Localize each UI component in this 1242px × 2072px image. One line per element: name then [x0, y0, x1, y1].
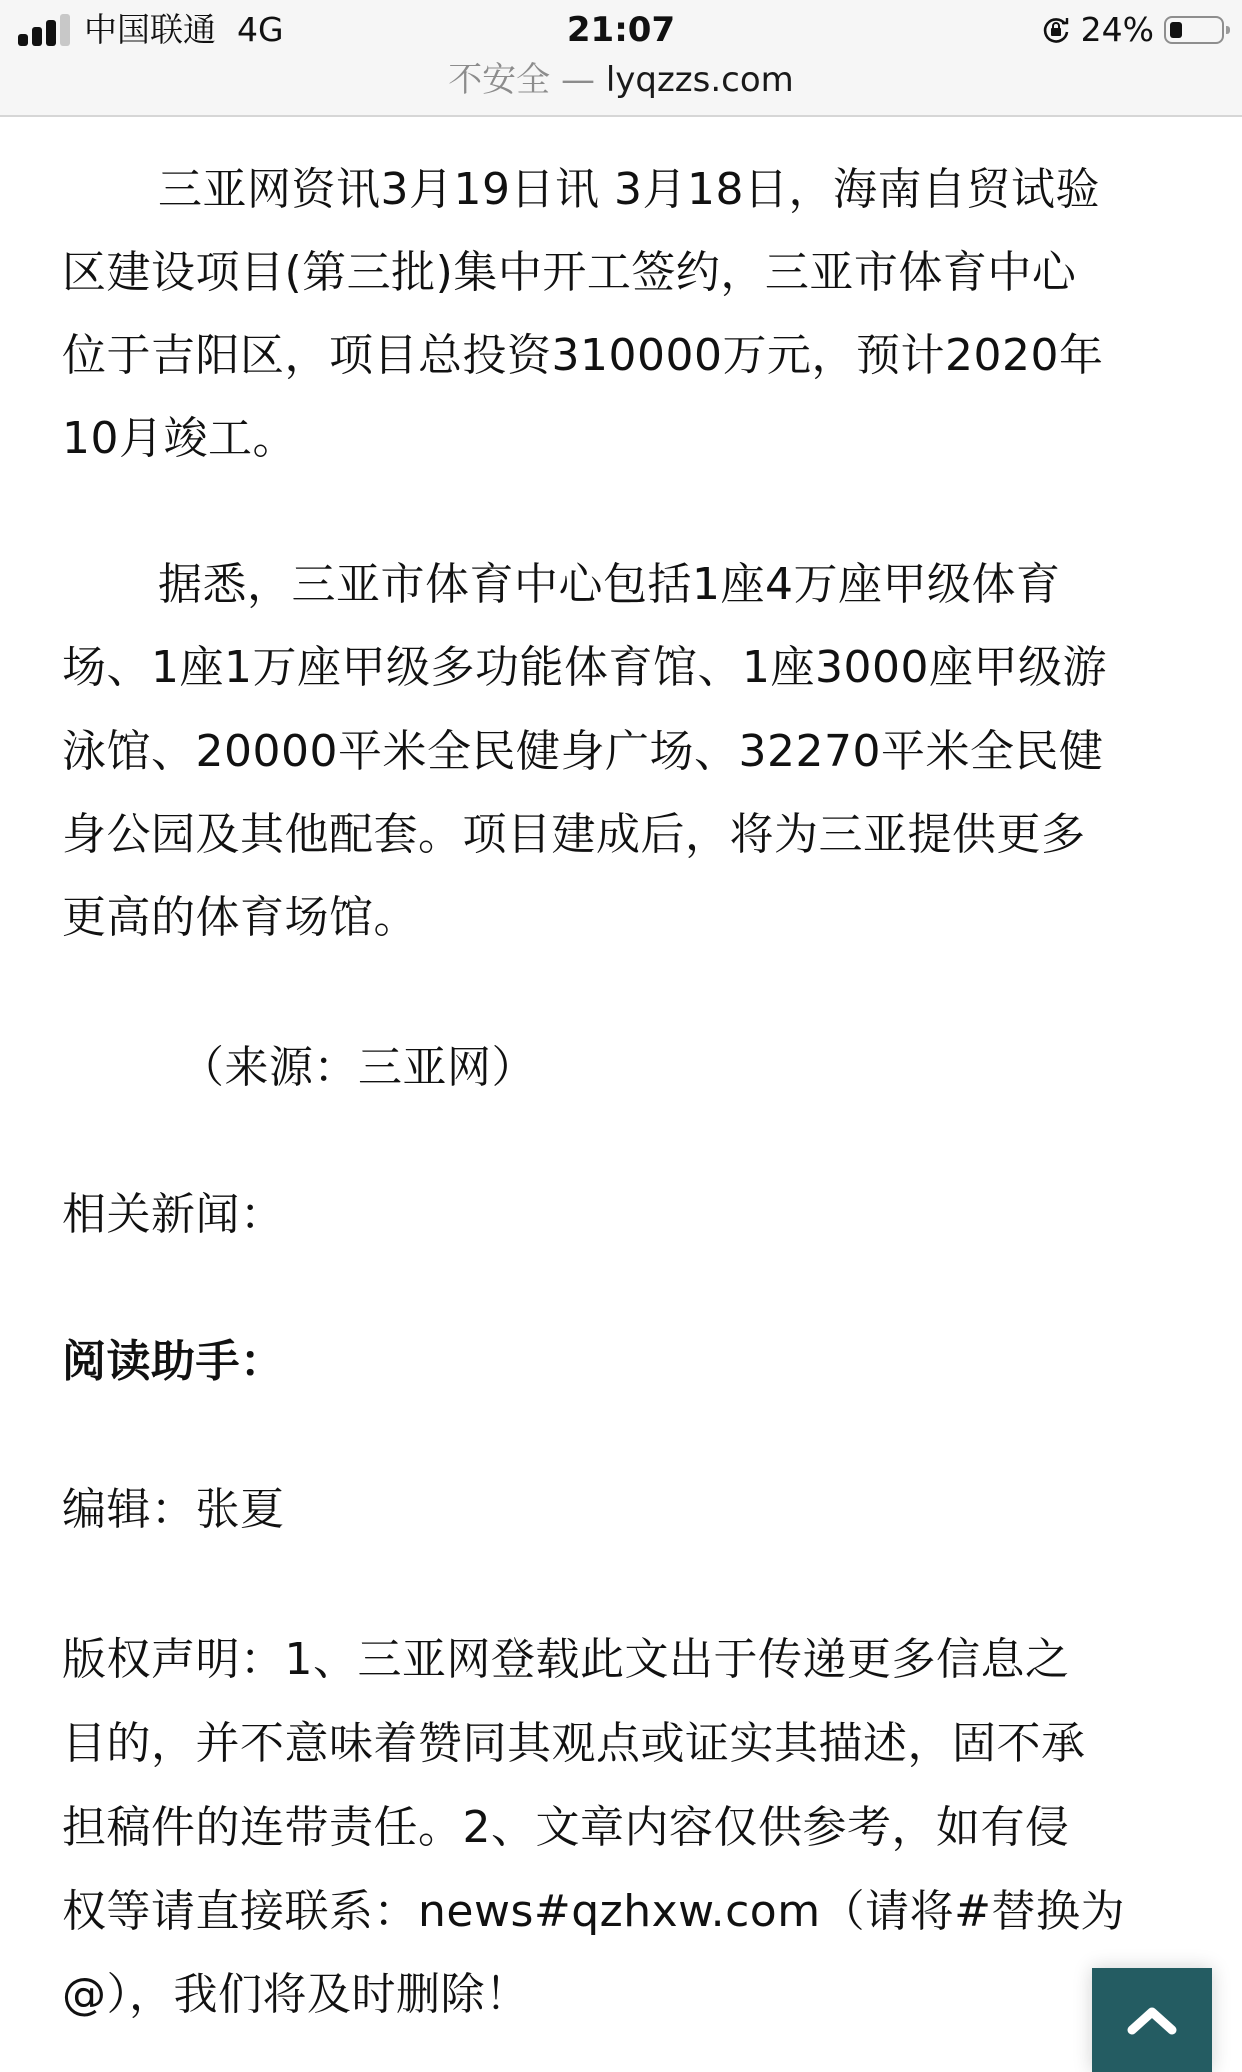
status-bar: 中国联通 4G 21:07 24%	[0, 0, 1242, 60]
copyright-line: 担稿件的连带责任。2、文章内容仅供参考，如有侵	[62, 1798, 1070, 1858]
rotation-lock-icon	[1041, 15, 1071, 45]
browser-header: 中国联通 4G 21:07 24% 不安全 — lyqzzs.com	[0, 0, 1242, 117]
copyright-line: 目的，并不意味着赞同其观点或证实其描述，固不承	[62, 1714, 1086, 1774]
reading-assistant-heading: 阅读助手：	[62, 1332, 285, 1392]
insecure-label: 不安全 —	[448, 60, 595, 100]
back-to-top-button[interactable]	[1092, 1968, 1212, 2072]
paragraph-1-line: 位于吉阳区，项目总投资310000万元，预计2020年	[62, 326, 1103, 386]
related-news-heading: 相关新闻：	[62, 1185, 285, 1245]
battery-icon	[1164, 16, 1224, 44]
copyright-line: @），我们将及时删除！	[62, 1965, 530, 2025]
paragraph-1-line: 三亚网资讯3月19日讯 3月18日，海南自贸试验	[158, 160, 1100, 220]
paragraph-2-line: 身公园及其他配套。项目建成后，将为三亚提供更多	[62, 805, 1086, 865]
copyright-line: 版权声明：1、三亚网登载此文出于传递更多信息之	[62, 1630, 1070, 1690]
paragraph-2-line: 更高的体育场馆。	[62, 888, 418, 948]
paragraph-1-line: 10月竣工。	[62, 409, 297, 469]
url-domain: lyqzzs.com	[606, 60, 794, 100]
editor-credit: 编辑：张夏	[62, 1480, 285, 1540]
paragraph-2-line: 泳馆、20000平米全民健身广场、32270平米全民健	[62, 722, 1103, 782]
paragraph-1-line: 区建设项目(第三批)集中开工签约，三亚市体育中心	[62, 243, 1076, 303]
address-bar[interactable]: 不安全 — lyqzzs.com	[0, 58, 1242, 102]
chevron-up-icon	[1122, 2000, 1182, 2040]
source-credit: （来源：三亚网）	[180, 1038, 536, 1098]
paragraph-2-line: 据悉，三亚市体育中心包括1座4万座甲级体育	[158, 555, 1061, 615]
battery-percent: 24%	[1081, 8, 1154, 52]
status-right: 24%	[1041, 8, 1224, 52]
copyright-line: 权等请直接联系：news#qzhxw.com（请将#替换为	[62, 1882, 1125, 1942]
paragraph-2-line: 场、1座1万座甲级多功能体育馆、1座3000座甲级游	[62, 638, 1107, 698]
